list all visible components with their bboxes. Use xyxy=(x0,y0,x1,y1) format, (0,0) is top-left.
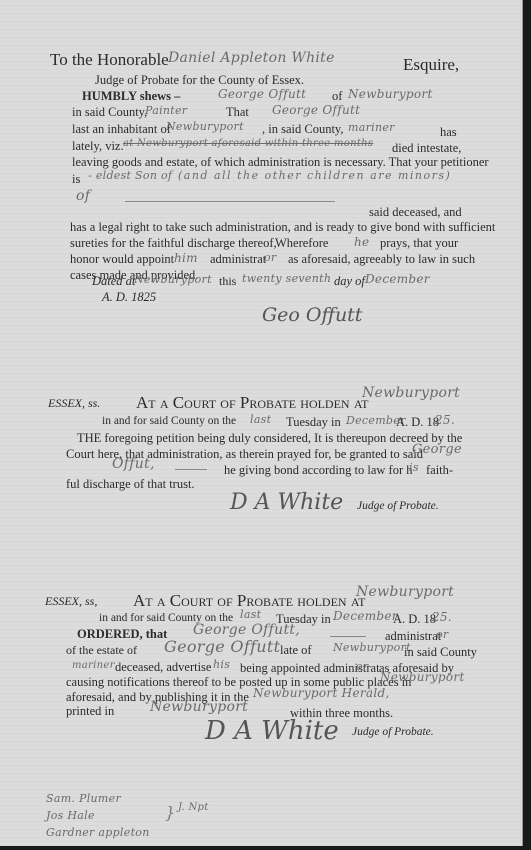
judge-name-handwritten: Daniel Appleton White xyxy=(168,50,335,66)
note-line-1: Sam. Plumer xyxy=(46,792,121,805)
in-said-county-text: in said County xyxy=(404,645,477,660)
leaving-goods-text: leaving goods and estate, of which admin… xyxy=(72,155,489,170)
note-line-2: Jos Hale xyxy=(46,809,95,822)
judge-signature: D A White xyxy=(230,490,343,515)
day-of-label: day of xyxy=(334,274,365,289)
has-label: has xyxy=(440,125,457,140)
faith-text: faith- xyxy=(426,463,453,478)
dated-at-label: Dated at xyxy=(92,274,135,289)
petitioner-name-handwritten: George Offutt xyxy=(218,87,306,101)
which-tuesday-handwritten: last xyxy=(250,413,271,426)
lately-viz: lately, viz. xyxy=(72,139,124,154)
late-place-handwritten: Newburyport xyxy=(333,641,411,654)
or-handwritten: or xyxy=(436,628,448,641)
salutation: To the Honorable xyxy=(50,50,169,70)
judge-of-probate-label: Judge of Probate. xyxy=(357,500,439,512)
this-label: this xyxy=(219,274,236,289)
in-said-county-2: , in said County, xyxy=(262,122,343,137)
month-handwritten: December xyxy=(333,609,398,623)
late-of-label: late of xyxy=(280,643,312,658)
administrator-name-handwritten: George Offutt, xyxy=(193,622,300,638)
bracket-icon: } xyxy=(165,803,175,822)
sureties-text: sureties for the faithful discharge ther… xyxy=(70,236,277,251)
of-handwritten: of xyxy=(76,188,90,204)
dated-place-handwritten: Newburyport xyxy=(134,273,212,286)
newspaper-handwritten: Newburyport Herald, xyxy=(253,686,390,700)
struck-text-handwritten: at Newburyport aforesaid within three mo… xyxy=(123,138,373,149)
judge-title: Judge of Probate for the County of Essex… xyxy=(95,73,304,88)
he-handwritten: he xyxy=(354,235,369,249)
court-place-handwritten: Newburyport xyxy=(356,584,454,600)
note-line-3: Gardner appleton xyxy=(46,826,150,839)
petitioner-residence-handwritten: Newburyport xyxy=(348,87,433,101)
tuesday-in-label: Tuesday in xyxy=(286,415,341,430)
ordered-label: ORDERED, that xyxy=(77,627,167,642)
grantee-first-name-handwritten: George xyxy=(412,442,462,457)
him-handwritten: him xyxy=(174,251,198,265)
that-label: That xyxy=(226,105,249,120)
year-label: A. D. 1825 xyxy=(102,290,156,305)
in-said-county: in said County, xyxy=(72,105,147,120)
year-handwritten: 25. xyxy=(432,610,452,624)
his-handwritten: is xyxy=(409,461,419,474)
foregoing-text: THE foregoing petition being duly consid… xyxy=(77,431,462,446)
administrat-label: administrat xyxy=(210,252,266,267)
essex-label: ESSEX, ss. xyxy=(48,396,100,411)
year-handwritten: 25. xyxy=(435,413,455,427)
ad-label: A. D. 18 xyxy=(393,612,436,627)
deceased-occupation-handwritten: mariner xyxy=(348,121,395,134)
of-label: of xyxy=(332,89,342,104)
in-and-for-text: in and for said County on the xyxy=(102,415,236,427)
occupation-handwritten: mariner xyxy=(72,660,115,671)
bracket-note: J. Npt xyxy=(178,802,209,813)
deceased-advertise-text: deceased, advertise xyxy=(115,660,211,675)
month-handwritten: December xyxy=(365,272,430,286)
day-handwritten: twenty seventh xyxy=(242,272,331,285)
judge-signature: D A White xyxy=(205,716,339,746)
as-aforesaid-text: as aforesaid, agreeably to law in such xyxy=(288,252,475,267)
blank-line xyxy=(125,201,335,202)
which-tuesday-handwritten: last xyxy=(240,608,261,621)
court-heading: At a Court of Probate holden at xyxy=(136,393,369,413)
deceased-name-handwritten: George Offutt xyxy=(272,103,360,117)
court-place-handwritten: Newburyport xyxy=(362,385,460,401)
wherefore-label: Wherefore xyxy=(275,236,328,251)
ful-discharge-text: ful discharge of that trust. xyxy=(66,477,195,492)
esquire-label: Esquire, xyxy=(403,55,459,75)
or2-handwritten: or xyxy=(356,660,368,673)
printed-place-handwritten: Newburyport xyxy=(150,699,248,715)
petitioner-occupation-handwritten: Painter xyxy=(145,104,187,117)
dash-line xyxy=(175,469,207,470)
judge-of-probate-label: Judge of Probate. xyxy=(352,726,434,738)
printed-in-label: printed in xyxy=(66,704,114,719)
prays-text: prays, that your xyxy=(380,236,458,251)
posting-place-handwritten: Newburyport xyxy=(380,670,465,684)
of-estate-label: of the estate of xyxy=(66,643,137,658)
is-label: is xyxy=(72,172,80,187)
ad-label: A. D. 18 xyxy=(396,415,439,430)
legal-right-text: has a legal right to take such administr… xyxy=(70,220,495,235)
essex-label: ESSEX, ss, xyxy=(45,594,97,609)
grantee-last-name-handwritten: Offut, xyxy=(112,456,155,472)
said-deceased: said deceased, and xyxy=(369,205,462,220)
relation-note-handwritten: (and all the other children are minors) xyxy=(178,169,451,182)
giving-bond-text: he giving bond according to law for h xyxy=(224,463,413,478)
petitioner-signature: Geo Offutt xyxy=(262,304,362,326)
last-residence-handwritten: Newburyport xyxy=(166,120,244,133)
dash-line xyxy=(330,636,366,637)
died-intestate: died intestate, xyxy=(392,141,461,156)
deceased-name-handwritten: George Offutt xyxy=(164,637,280,656)
relation-handwritten: - eldest Son of xyxy=(88,169,172,182)
or-handwritten: or xyxy=(264,251,276,264)
probate-document-page: To the Honorable Daniel Appleton White E… xyxy=(0,0,523,846)
his-handwritten: his xyxy=(213,658,230,671)
humbly-shews: HUMBLY shews – xyxy=(82,89,180,104)
honor-would-appoint: honor would appoint xyxy=(70,252,174,267)
last-inhabitant-label: last an inhabitant of xyxy=(72,122,171,137)
